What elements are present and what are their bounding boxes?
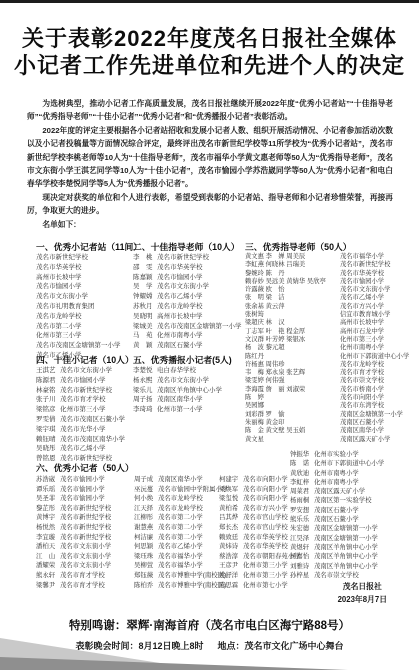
reporter-item: 周子成茂南区南华小学: [134, 475, 228, 485]
person-school: 茂名市育才学校: [60, 396, 106, 403]
person-school: 高州市长坡中学: [157, 313, 203, 320]
reporter-item: 陈源君茂名市愉园小学: [36, 376, 134, 386]
person-school: 茂名市第二小学: [158, 534, 203, 541]
title-line-2: 小记者工作先进单位和先进个人的决定: [0, 52, 419, 79]
person-name: 梁珏珠: [134, 552, 155, 562]
tutor-item: 吴晓明高州市长坡中学: [133, 312, 242, 322]
reporter-item: 王淇艺茂名市文东街小学: [36, 366, 134, 376]
school-item: 茂名市华英学校: [36, 263, 142, 273]
tutor-group-row: 杨 波 黎元超化州市南粤小学: [245, 344, 409, 352]
person-school: 茂名市龙岭学校: [158, 495, 203, 502]
tutor-item: 苏秋月茂名市龙岭学校: [133, 302, 242, 312]
person-name: 潘柏天: [36, 542, 57, 552]
reporter-item: 熊乐乐茂南区石鳌小学: [290, 515, 384, 524]
tutor-group-row: 李海霞 詹 丽 刘淑荣茂名市桥南小学: [245, 386, 409, 394]
reporter-item: 苏浩崴茂名市愉园小学: [36, 475, 111, 485]
person-name: 吕其烨: [219, 513, 240, 523]
person-school: 化州市实验小学: [314, 451, 359, 458]
person-name: 李楚悦: [133, 366, 154, 376]
reporter-item: 郑长杰茂名市官山学校: [219, 523, 301, 533]
person-school: 茂名市文东街小学: [157, 377, 209, 384]
person-name: 李琦琦: [133, 405, 154, 415]
person-name: 吴晓彤: [36, 444, 57, 454]
reporter-item: 梁玺悦茂名市向阳小学: [219, 494, 301, 504]
person-school: 茂名市博雅中学(南校区): [158, 582, 226, 589]
person-name: 郑钰薇: [134, 571, 155, 581]
person-school: 茂名市新世纪学校: [340, 261, 390, 268]
person-name: 陈柏乔: [134, 581, 155, 591]
person-name: 梁玺悦: [219, 494, 240, 504]
tutor-group-row: 张余基 黄云萍茂名市方兴小学: [245, 303, 409, 311]
school-item: 茂名市新世纪学校: [36, 253, 142, 263]
person-name: 熊永轩: [36, 571, 57, 581]
person-name: 罗安想: [290, 506, 311, 515]
person-name: 陈思霖: [219, 581, 240, 591]
person-names: 丁志军 叶 艳 程金厚: [245, 328, 340, 336]
person-name: 蔡浩淳: [219, 552, 240, 562]
person-school: 茂名市龙岭学校: [158, 505, 203, 512]
person-school: 高州市长坡中学: [340, 319, 384, 326]
person-school: 茂名市官山学校: [243, 514, 288, 521]
tutor-item: 黄 颖茂南区石鳌小学: [133, 341, 242, 351]
person-school: 茂南区羊角镇中心小学: [314, 563, 378, 570]
person-name: 李 桃: [133, 253, 154, 263]
person-school: 茂名市新世纪学校: [60, 514, 111, 521]
person-name: 孙梓星: [290, 571, 311, 580]
person-school: 化州市第一小学: [157, 406, 203, 413]
reporter-item: 周子扬茂南区南华小学: [133, 395, 232, 405]
excellent-reporters-column-1: 苏浩崴茂名市愉园小学 谭乐瑶茂名市愉园小学 吴圣菲茂名市愉园小学 黎芷彤茂名市新…: [36, 475, 111, 590]
person-school: 茂名市愉园小学: [60, 377, 106, 384]
section-1-header: 一、优秀小记者站（11间）: [36, 241, 142, 253]
person-name: 邵 雯: [133, 263, 154, 273]
tutor-group-row: 朱丽梅 黄金印茂南区石鳌小学: [245, 419, 409, 427]
intro-paragraphs: 为选树典型，推动小记者工作高质量发展，茂名日报社继续开展2022年度“优秀小记者…: [27, 97, 393, 231]
person-school: 茂名市向阳小学: [243, 486, 288, 493]
person-name: 梁焕军: [219, 485, 240, 495]
person-school: 茂名市新世纪学校: [157, 254, 209, 261]
section-4-header: 四、十佳小记者（10人）: [36, 354, 134, 366]
person-names: 朱丽梅 黄金印: [245, 419, 340, 427]
person-name: 梁铭彦: [36, 405, 57, 415]
person-name: 李虹梓: [290, 478, 311, 487]
person-school: 茂名市新世纪学校: [60, 534, 111, 541]
person-name: 黄炜诗: [219, 542, 240, 552]
tutor-group-row: 吴园娜茂名市东湾学校: [245, 402, 409, 410]
person-school: 茂名市华英学校: [157, 264, 203, 271]
person-school: 茂名市新世纪学校: [60, 387, 112, 394]
person-school: 茂名市桥南小学: [340, 386, 384, 393]
reporter-item: 谢慧燕茂名市第二小学: [134, 523, 228, 533]
person-school: 茂名市愉园小学: [340, 278, 384, 285]
tutor-item: 邵 雯茂名市华英学校: [133, 263, 242, 273]
person-school: 茂名市茂南区金塘镇第一小学: [157, 323, 242, 330]
school-item: 茂名市茂南区金塘镇第一小学: [36, 341, 142, 351]
reporter-item: 梁铭彦化州市第三小学: [36, 405, 134, 415]
person-school: 茂名市新世纪学校: [60, 505, 111, 512]
person-name: 周子成: [134, 475, 155, 485]
tutor-group-row: 许杨惠 周伟珍茂名市龙岭学校: [245, 361, 409, 369]
tutor-item: 梁城美茂名市茂南区金塘镇第一小学: [133, 322, 242, 332]
person-name: 谢慧燕: [134, 523, 155, 533]
person-school: 茂名市崇文学校: [340, 377, 384, 384]
person-name: 钟耀嫦: [133, 292, 154, 302]
person-school: 茂名市乙烯小学: [340, 294, 384, 301]
reporter-item: 江 山茂名市文东街小学: [36, 552, 111, 562]
reporter-item: 潘柏天茂名市文东街小学: [36, 542, 111, 552]
person-name: 赖钰晴: [36, 435, 57, 445]
section-5-header: 五、优秀播报小记者(5人): [133, 354, 232, 366]
person-school: 茂南区露天矿小学: [314, 488, 365, 495]
reporter-item: 赖钰晴茂名市茂南区南华小学: [36, 435, 134, 445]
person-name: 梁宇琪: [36, 425, 57, 435]
reporter-item: 谭乐瑶茂名市愉园小学: [36, 485, 111, 495]
person-school: 茂名市育才学校: [60, 582, 105, 589]
reporter-item: 赖致廷茂名市华英学校: [219, 533, 301, 543]
person-name: 黄欣迪: [290, 469, 311, 478]
reporter-item: 李琦琦化州市第一小学: [133, 405, 232, 415]
paragraph: 2022年度的评定主要根据各小记者站招收和发展小记者人数、组织开展活动情况、小记…: [27, 124, 393, 191]
person-school: 茂名市第二小学: [158, 524, 203, 531]
signature-block: 茂名日报社 2023年8月7日: [338, 581, 387, 606]
person-name: 梁乐儿: [133, 386, 154, 396]
section-3-header: 三、优秀指导老师（50人）: [245, 241, 409, 253]
person-name: 陈 诺: [290, 459, 311, 468]
reporter-item: 杨雨桐茂南区第一实验学校: [290, 496, 384, 505]
person-school: 高州市石龙中学: [340, 328, 384, 335]
reporter-item: 吴柳萱茂名市福华小学: [134, 561, 228, 571]
reporter-item: 巫沅蔓茂名市愉园中学附属小学: [134, 485, 228, 495]
person-school: 茂名市育才学校: [60, 572, 105, 579]
school-item: 茂名市第二小学: [36, 322, 142, 332]
person-school: 茂南区羊角镇中心小学: [314, 544, 378, 551]
person-name: 杨永熙: [133, 376, 154, 386]
person-name: 何小焕: [134, 494, 155, 504]
section-excellent-reporters-header: 六、优秀小记者（50人）: [36, 462, 134, 474]
person-school: 化州市下郭街道中心小学: [314, 460, 384, 467]
person-school: 茂名市文东街小学: [157, 283, 209, 290]
person-school: 茂名市育才学校: [340, 369, 384, 376]
excellent-reporters-column-2: 周子成茂南区南华小学 巫沅蔓茂名市愉园中学附属小学 何小焕茂名市龙岭学校 江天择…: [134, 475, 228, 590]
section-excellent-stations: 一、优秀小记者站（11间） 茂名市新世纪学校茂名市华英学校高州市长坡中学茂名市愉…: [36, 241, 142, 361]
person-school: 化州市第三小学: [243, 572, 288, 579]
person-school: 茂名市东湾学校: [340, 402, 384, 409]
person-school: 茂南区羊角镇中心小学: [157, 387, 222, 394]
person-names: 陈红丹: [245, 353, 340, 361]
school-item: 茂名市龙岭学校: [36, 312, 142, 322]
person-name: 柯洁廉: [134, 533, 155, 543]
paragraph: 名单如下：: [27, 218, 393, 231]
person-name: 朱宏德: [290, 524, 311, 533]
wave-dark-shape: [0, 657, 348, 670]
person-school: 茂名市华英学校: [340, 270, 384, 277]
person-names: 张 明 梁 洁: [245, 294, 340, 302]
reporter-item: 江柳彤茂名市第二小学: [134, 513, 228, 523]
person-school: 化州市下郭街道中心小学: [340, 353, 409, 360]
tutor-group-row: 黄文星茂南区露天矿小学: [245, 436, 409, 444]
person-name: 周菜君: [290, 487, 311, 496]
person-name: 杨雨桐: [290, 496, 311, 505]
school-item: 高州市长坡中学: [36, 273, 142, 283]
person-name: 刘雅诗: [290, 562, 311, 571]
person-school: 茂名市乙烯小学: [158, 543, 203, 550]
person-name: 林豪铭: [36, 386, 57, 396]
reporter-item: 梁馨尹茂名市育才学校: [36, 581, 111, 591]
person-school: 茂南区金塘镇第一小学: [314, 535, 378, 542]
person-school: 茂名市龙岭学校: [157, 303, 203, 310]
reporter-item: 潘耀荣茂名市文东街小学: [36, 561, 111, 571]
person-name: 周子扬: [133, 395, 154, 405]
section-broadcast-reporters: 五、优秀播报小记者(5人) 李楚悦电白春华学校 杨永熙茂名市文东街小学 梁乐儿茂…: [133, 354, 232, 415]
document-title: 关于表彰2022年度茂名日报社全媒体 小记者工作先进单位和先进个人的决定: [0, 25, 419, 79]
reporter-item: 钟振华化州市实验小学: [290, 450, 384, 459]
person-school: 茂名市文东街小学: [340, 286, 390, 293]
person-name: 江 山: [36, 552, 57, 562]
reporter-item: 梁乐儿茂南区羊角镇中心小学: [133, 386, 232, 396]
person-school: 茂南区第一实验学校: [314, 497, 372, 504]
person-name: 苏秋月: [133, 302, 154, 312]
person-name: 杨悦然: [36, 523, 57, 533]
signature-org: 茂名日报社: [338, 581, 387, 594]
reporter-item: 孙梓星茂名市崇文学校: [290, 571, 384, 580]
person-school: 茂南区南华小学: [157, 396, 203, 403]
person-school: 茂南区石鳌小学: [314, 516, 359, 523]
person-school: 茂名市愉园中学附属小学: [158, 486, 228, 493]
person-school: 茂名市官山学校: [243, 524, 288, 531]
reporter-item: 柯洁廉茂名市第二小学: [134, 533, 228, 543]
person-school: 茂名市第二小学: [158, 514, 203, 521]
reporter-item: 何小焕茂名市龙岭学校: [134, 494, 228, 504]
person-name: 苏浩崴: [36, 475, 57, 485]
reporter-item: 杨永熙茂名市文东街小学: [133, 376, 232, 386]
excellent-reporters-column-4: 钟振华化州市实验小学 陈 诺化州市下郭街道中心小学 黄欣迪化州市南粤小学 李虹梓…: [290, 450, 384, 580]
reporter-item: 江天择茂名市龙岭学校: [134, 504, 228, 514]
tutor-group-row: 丁志军 叶 艳 程金厚高州市石龙中学: [245, 328, 409, 336]
person-school: 茂名市华英学校: [243, 534, 288, 541]
person-name: 何思颖: [134, 542, 155, 552]
reporter-item: 刘雅诗茂南区羊角镇中心小学: [290, 562, 384, 571]
person-school: 化州市第三小学: [60, 406, 106, 413]
person-name: 黄煜轩: [290, 543, 311, 552]
person-school: 茂名市文东街小学: [60, 543, 111, 550]
signature-date: 2023年8月7日: [338, 594, 387, 607]
person-name: 陈源君: [36, 376, 57, 386]
reporter-item: 杨悦然茂名市新世纪学校: [36, 523, 111, 533]
person-name: 姚舒洋: [219, 571, 240, 581]
person-name: 赖致廷: [219, 533, 240, 543]
person-name: 潘耀荣: [36, 561, 57, 571]
person-name: 钟振华: [290, 450, 311, 459]
person-names: 李虹燕 何晓林 吕瑞美: [245, 261, 340, 269]
tutor-group-row: 陈红丹化州市下郭街道中心小学: [245, 353, 409, 361]
person-school: 茂名市光华小学: [60, 426, 106, 433]
tutor-group-row: 黎婉玲 陈 丹茂名市华英学校: [245, 270, 409, 278]
person-school: 茂南区石鳌小学: [340, 419, 384, 426]
reporter-item: 李楚悦电白春华学校: [133, 366, 232, 376]
person-school: 茂名市乙烯小学: [60, 445, 106, 452]
reporter-item: 梁焕军茂名市向阳小学: [219, 485, 301, 495]
person-name: 黄博宇: [36, 513, 57, 523]
tutor-item: 陈嘉颖茂名市愉园小学: [133, 273, 242, 283]
person-school: 茂名市崇文学校: [314, 572, 359, 579]
person-school: 茂名市博雅中学(南校区): [158, 572, 226, 579]
reporter-item: 黄欣迪化州市南粤小学: [290, 469, 384, 478]
person-name: 吴 学: [133, 282, 154, 292]
person-name: 梁城美: [133, 322, 154, 332]
reporter-item: 何思颖茂名市乙烯小学: [134, 542, 228, 552]
reporter-item: 张子川茂名市育才学校: [36, 395, 134, 405]
paragraph: 为选树典型，推动小记者工作高质量发展，茂名日报社继续开展2022年度“优秀小记者…: [27, 97, 393, 124]
reporter-item: 周菜君茂南区露天矿小学: [290, 487, 384, 496]
person-name: 王彦尹: [219, 561, 240, 571]
person-name: 罗雯倩: [36, 415, 57, 425]
person-school: 化州市第七小学: [243, 582, 288, 589]
title-line-1: 关于表彰2022年度茂名日报社全媒体: [0, 25, 419, 52]
document-page: 关于表彰2022年度茂名日报社全媒体 小记者工作先进单位和先进个人的决定 为选树…: [0, 0, 419, 670]
reporter-item: 黎芷彤茂名市新世纪学校: [36, 504, 111, 514]
school-item: 茂名市文东街小学: [36, 292, 142, 302]
person-name: 杨嘉怡: [290, 552, 311, 561]
person-school: 茂名市茂南区南华小学: [60, 436, 125, 443]
tutor-item: 李 桃茂名市新世纪学校: [133, 253, 242, 263]
person-names: 刘彩群 罗 愉: [245, 411, 340, 419]
person-school: 茂名市愉园小学: [60, 476, 105, 483]
person-name: 吴晓明: [133, 312, 154, 322]
person-school: 茂名市新世纪学校: [60, 524, 111, 531]
tutor-group-row: 陈 婷茂名市向阳小学: [245, 394, 409, 402]
person-school: 电白春华学校: [157, 367, 196, 374]
person-name: 马 苑: [133, 331, 154, 341]
person-name: 陈嘉颖: [133, 273, 154, 283]
tutor-item: 钟耀嫦茂名市乙烯小学: [133, 292, 242, 302]
tutor-item: 吴 学茂名市文东街小学: [133, 282, 242, 292]
tutor-group-row: 张 明 梁 洁茂名市乙烯小学: [245, 294, 409, 302]
person-school: 茂名市愉园小学: [157, 274, 203, 281]
person-school: 茂名市茂南区石鳌小学: [60, 416, 125, 423]
paragraph: 现决定对获奖的单位和个人进行表彰，希望受到表彰的小记者站、指导老师和小记者珍惜荣…: [27, 191, 393, 218]
tutor-item: 马 苑化州市南粤小学: [133, 331, 242, 341]
reporter-item: 王彦尹化州市第三小学: [219, 561, 301, 571]
reporter-item: 梁珏珠茂名市福华小学: [134, 552, 228, 562]
person-school: 茂名市文东街小学: [60, 553, 111, 560]
person-school: 茂名市文东街小学: [60, 562, 111, 569]
person-school: 茂名市向阳小学: [243, 495, 288, 502]
person-name: 黎芷彤: [36, 504, 57, 514]
person-school: 茂南区金塘镇第一小学: [314, 525, 378, 532]
person-school: 化州市第三小学: [340, 336, 384, 343]
person-school: 信宜市教育城小学: [340, 311, 390, 318]
person-school: 化州市南粤小学: [340, 344, 384, 351]
person-school: 化州市南粤小学: [314, 470, 359, 477]
section-6-header: 六、优秀小记者（50人）: [36, 462, 134, 474]
person-school: 茂南区羊角镇中心小学: [314, 553, 378, 560]
reporter-item: 黄柏希茂名市方兴小学: [219, 504, 301, 514]
reporter-item: 郑钰薇茂名市博雅中学(南校区): [134, 571, 228, 581]
reporter-item: 梁宇琪茂名市光华小学: [36, 425, 134, 435]
person-names: 许杨惠 周伟珍: [245, 361, 340, 369]
school-item: 茂名市礼明教育集团: [36, 302, 142, 312]
person-name: 李宜璇: [36, 533, 57, 543]
person-school: 化州市南粤小学: [314, 479, 359, 486]
section-top10-reporters: 四、十佳小记者（10人） 王淇艺茂名市文东街小学 陈源君茂名市愉园小学 林豪铭茂…: [36, 354, 134, 464]
person-school: 茂名市文东街小学: [60, 367, 112, 374]
reporter-item: 罗雯倩茂名市茂南区石鳌小学: [36, 415, 134, 425]
person-names: 陈 金 黄文壁 吴玉娟: [245, 427, 340, 435]
tutor-group-row: 李虹燕 何晓林 吕瑞美茂名市新世纪学校: [245, 261, 409, 269]
person-name: 张子川: [36, 395, 57, 405]
tutor-group-row: 陈 金 黄文壁 吴玉娟茂南区南华小学: [245, 427, 409, 435]
person-name: 王淇艺: [36, 366, 57, 376]
reporter-item: 姚舒洋化州市第三小学: [219, 571, 301, 581]
person-school: 茂名市福华小学: [340, 253, 384, 260]
reporter-item: 吴晓彤茂名市乙烯小学: [36, 444, 134, 454]
person-school: 茂南区石鳌小学: [157, 342, 203, 349]
person-name: 吴圣菲: [36, 494, 57, 504]
person-names: 张余基 黄云萍: [245, 303, 340, 311]
person-names: 杨 波 黎元超: [245, 344, 340, 352]
reporter-item: 江昊泽茂南区金塘镇第一小学: [290, 534, 384, 543]
reporter-item: 吴圣菲茂名市愉园小学: [36, 494, 111, 504]
tutor-group-row: 梁超庆 林 汉高州市长坡中学: [245, 319, 409, 327]
excellent-reporters-column-3: 柯建宇茂名市向阳小学 梁焕军茂名市向阳小学 梁玺悦茂名市向阳小学 黄柏希茂名市方…: [219, 475, 301, 590]
person-name: 巫沅蔓: [134, 485, 155, 495]
person-school: 茂名市乙烯小学: [157, 293, 203, 300]
person-school: 茂名市方兴小学: [243, 505, 288, 512]
person-names: 黎婉玲 陈 丹: [245, 270, 340, 278]
person-school: 茂南区南华小学: [340, 427, 384, 434]
person-name: 梁馨尹: [36, 581, 57, 591]
school-item: 化州市第三小学: [36, 331, 142, 341]
page-top-edge: [0, 0, 419, 3]
reporter-item: 柯建宇茂名市向阳小学: [219, 475, 301, 485]
section-excellent-tutors: 三、优秀指导老师（50人） 黄文惠 李 婵 周美辰茂名市福华小学 李虹燕 何晓林…: [245, 241, 409, 444]
person-school: 茂南区露天矿小学: [340, 436, 390, 443]
person-names: 梁雯婷 何伟强: [245, 377, 340, 385]
person-school: 化州市南粤小学: [157, 332, 203, 339]
person-school: 茂名市福华小学: [158, 553, 203, 560]
person-name: 柯建宇: [219, 475, 240, 485]
tutor-group-row: 刘彩群 罗 愉茂南区金塘镇第一小学: [245, 411, 409, 419]
reporter-item: 杨嘉怡茂南区羊角镇中心小学: [290, 552, 384, 561]
person-names: 梁超庆 林 汉: [245, 319, 340, 327]
person-school: 茂名市福华小学: [158, 562, 203, 569]
person-school: 茂南区金塘镇第一小学: [340, 411, 403, 418]
bottom-wave-decoration: [0, 612, 419, 670]
person-school: 茂名市愉园小学: [60, 495, 105, 502]
person-school: 化州市第三小学: [243, 562, 288, 569]
person-names: 赖春妙 吴远美 黄婧华 吴欣亭: [245, 278, 340, 286]
person-names: 黄文星: [245, 436, 340, 444]
reporter-item: 吕其烨茂名市官山学校: [219, 513, 301, 523]
person-name: 江昊泽: [290, 534, 311, 543]
section-2-header: 二、十佳指导老师（10人）: [133, 241, 242, 253]
person-school: 茂名市向阳小学: [243, 476, 288, 483]
reporter-item: 陈思霖化州市第七小学: [219, 581, 301, 591]
tutor-group-row: 赖春妙 吴远美 黄婧华 吴欣亭茂名市愉园小学: [245, 278, 409, 286]
reporter-item: 黄煜轩茂南区羊角镇中心小学: [290, 543, 384, 552]
person-name: 黄 颖: [133, 341, 154, 351]
reporter-item: 黄博宇茂名市新世纪学校: [36, 513, 111, 523]
person-school: 茂名市愉园小学: [60, 486, 105, 493]
person-name: 江柳彤: [134, 513, 155, 523]
reporter-item: 陈柏乔茂名市博雅中学(南校区): [134, 581, 228, 591]
person-names: 吴园娜: [245, 402, 340, 410]
reporter-item: 黄炜诗茂名市华英学校: [219, 542, 301, 552]
person-school: 茂名市华英学校: [243, 543, 288, 550]
person-name: 吴柳萱: [134, 561, 155, 571]
person-name: 江天择: [134, 504, 155, 514]
person-names: 李海霞 詹 丽 刘淑荣: [245, 386, 340, 394]
